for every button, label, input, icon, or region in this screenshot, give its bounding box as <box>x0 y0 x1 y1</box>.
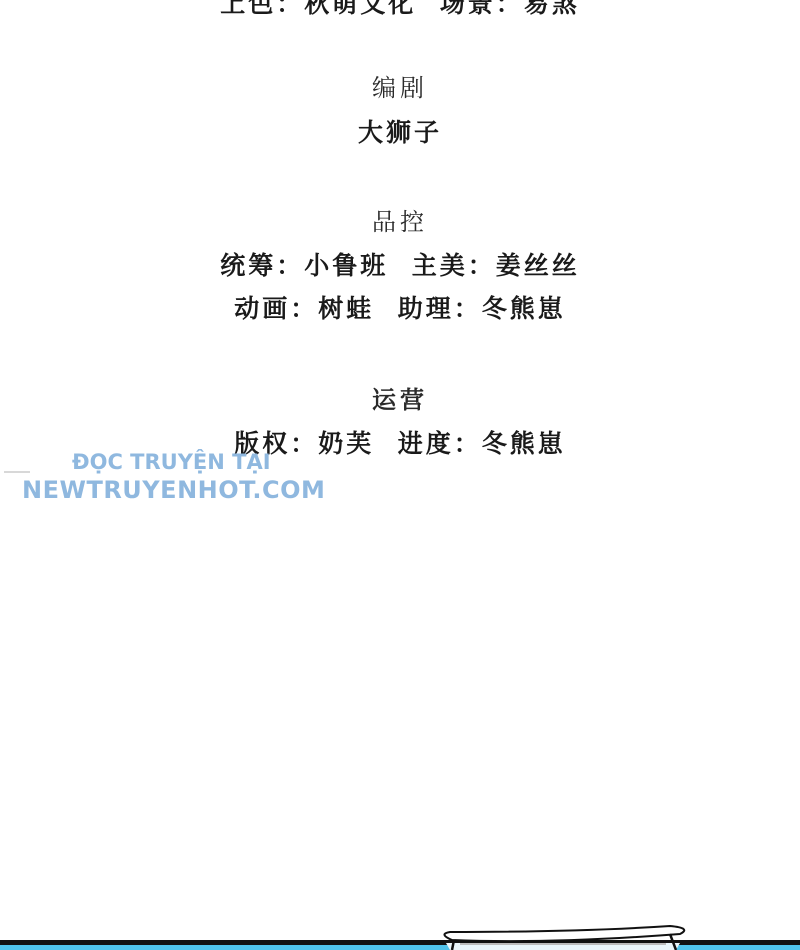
section-heading-operations: 运营 <box>0 380 800 415</box>
section-heading-quality-control: 品控 <box>0 202 800 237</box>
credit-line-screenwriter: 大狮子 <box>0 113 800 149</box>
credit-line-coordinator-art: 统筹：小鲁班 主美：姜丝丝 <box>0 246 800 282</box>
section-heading-screenwriter: 编剧 <box>0 68 800 103</box>
credit-line-coloring-scenes: 上色：秋萌文化 场景：易煞 <box>0 0 800 20</box>
watermark-line2: NEWTRUYENHOT.COM <box>22 476 325 504</box>
watermark-dash <box>4 471 30 473</box>
watermark-line1: ĐỌC TRUYỆN TẠI <box>72 450 271 474</box>
credit-line-animation-assistant: 动画：树蛙 助理：冬熊崽 <box>0 289 800 325</box>
bowl-illustration-icon <box>430 910 690 950</box>
